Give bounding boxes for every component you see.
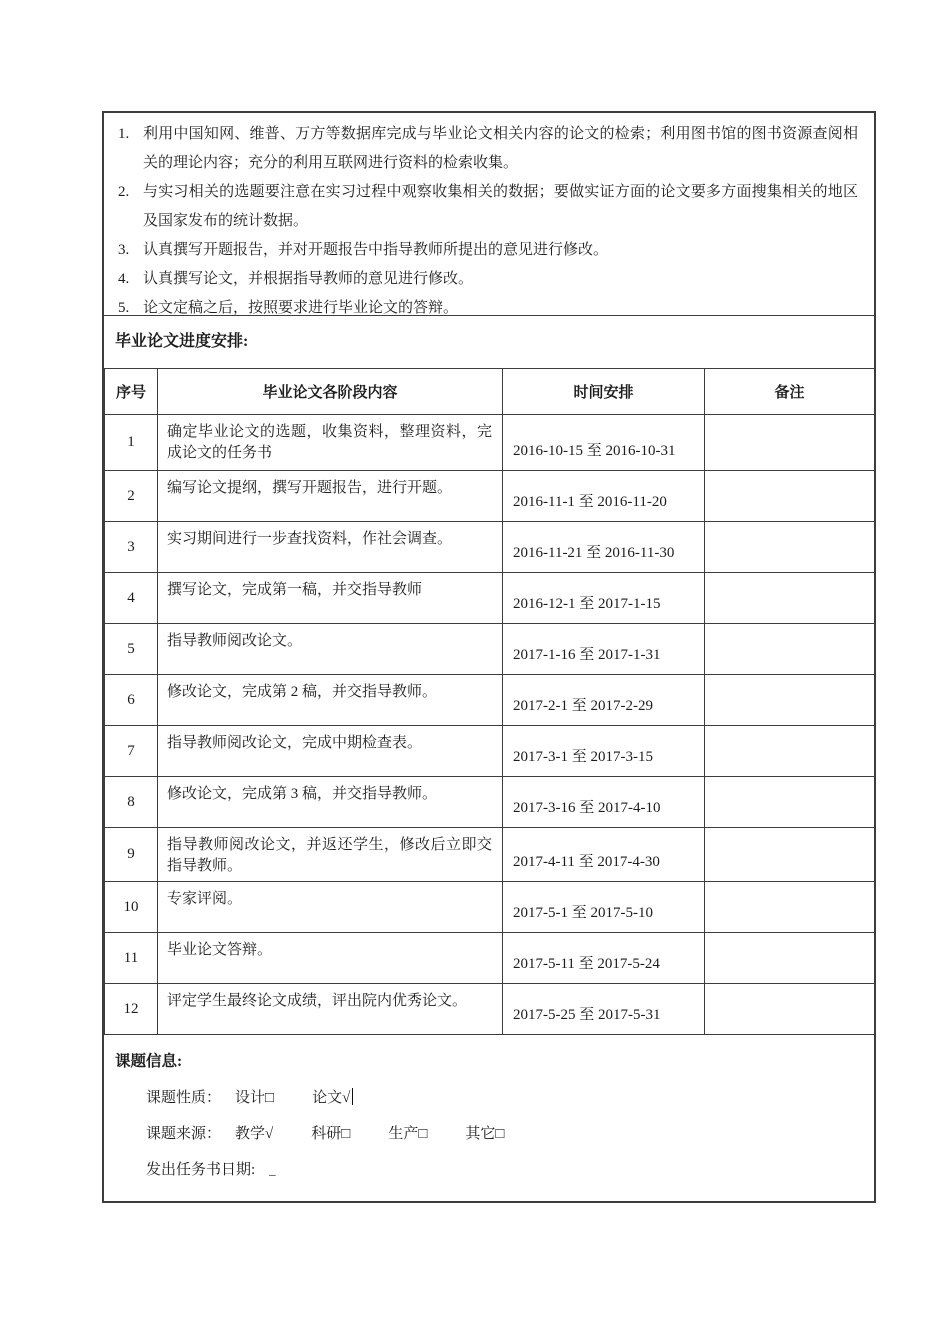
note-text: 与实习相关的选题要注意在实习过程中观察收集相关的数据；要做实证方面的论文要多方面… xyxy=(143,178,858,236)
row-content-cell: 评定学生最终论文成绩，评出院内优秀论文。 xyxy=(158,984,503,1035)
row-time-cell: 2017-3-16 至 2017-4-10 xyxy=(503,777,705,828)
row-time-cell: 2017-5-1 至 2017-5-10 xyxy=(503,882,705,933)
row-time-cell: 2017-5-11 至 2017-5-24 xyxy=(503,933,705,984)
note-number: 2. xyxy=(118,178,143,236)
row-number-cell: 4 xyxy=(105,573,158,624)
note-text: 认真撰写开题报告，并对开题报告中指导教师所提出的意见进行修改。 xyxy=(143,236,858,265)
source-option-text: 教学√ xyxy=(235,1126,273,1142)
row-time-cell: 2016-12-1 至 2017-1-15 xyxy=(503,573,705,624)
table-row: 10 专家评阅。 2017-5-1 至 2017-5-10 xyxy=(105,882,875,933)
row-content-cell: 修改论文，完成第 3 稿，并交指导教师。 xyxy=(158,777,503,828)
row-remark-cell xyxy=(705,777,875,828)
note-number: 1. xyxy=(118,120,143,178)
table-row: 8 修改论文，完成第 3 稿，并交指导教师。 2017-3-16 至 2017-… xyxy=(105,777,875,828)
topic-source-row: 课题来源：教学√科研□生产□其它□ xyxy=(146,1123,860,1145)
row-content-cell: 专家评阅。 xyxy=(158,882,503,933)
schedule-table: 序号 毕业论文各阶段内容 时间安排 备注 1 确定毕业论文的选题，收集资料，整理… xyxy=(104,368,875,1035)
source-option-checkbox[interactable]: 生产□ xyxy=(388,1123,427,1145)
topic-nature-label: 课题性质： xyxy=(146,1090,221,1106)
table-row: 4 撰写论文，完成第一稿，并交指导教师 2016-12-1 至 2017-1-1… xyxy=(105,573,875,624)
source-option-text: 科研□ xyxy=(311,1126,350,1142)
note-number: 5. xyxy=(118,294,143,316)
topic-nature-row: 课题性质：设计□论文√ xyxy=(146,1087,860,1109)
source-option-text: 其它□ xyxy=(465,1126,504,1142)
row-time-cell: 2016-11-21 至 2016-11-30 xyxy=(503,522,705,573)
note-item: 5. 论文定稿之后，按照要求进行毕业论文的答辩。 xyxy=(118,294,858,316)
issue-date-label: 发出任务书日期: xyxy=(146,1162,255,1178)
topic-nature-options: 设计□论文√ xyxy=(235,1090,391,1106)
row-time-cell: 2017-2-1 至 2017-2-29 xyxy=(503,675,705,726)
row-remark-cell xyxy=(705,882,875,933)
row-remark-cell xyxy=(705,675,875,726)
row-content-cell: 确定毕业论文的选题，收集资料，整理资料，完成论文的任务书 xyxy=(158,415,503,471)
table-row: 12 评定学生最终论文成绩，评出院内优秀论文。 2017-5-25 至 2017… xyxy=(105,984,875,1035)
row-remark-cell xyxy=(705,933,875,984)
row-number-cell: 7 xyxy=(105,726,158,777)
row-remark-cell xyxy=(705,624,875,675)
source-option-checkbox[interactable]: 教学√ xyxy=(235,1123,273,1145)
note-item: 2. 与实习相关的选题要注意在实习过程中观察收集相关的数据；要做实证方面的论文要… xyxy=(118,178,858,236)
note-item: 3. 认真撰写开题报告，并对开题报告中指导教师所提出的意见进行修改。 xyxy=(118,236,858,265)
row-time-cell: 2016-10-15 至 2016-10-31 xyxy=(503,415,705,471)
note-number: 4. xyxy=(118,265,143,294)
topic-info-heading: 课题信息: xyxy=(115,1051,860,1073)
row-content-cell: 编写论文提纲，撰写开题报告，进行开题。 xyxy=(158,471,503,522)
row-number-cell: 12 xyxy=(105,984,158,1035)
row-content-cell: 实习期间进行一步查找资料，作社会调查。 xyxy=(158,522,503,573)
row-number-cell: 1 xyxy=(105,415,158,471)
document-page: { "notes": { "items": [ {"num": "1.", "t… xyxy=(0,0,950,1344)
table-row: 1 确定毕业论文的选题，收集资料，整理资料，完成论文的任务书 2016-10-1… xyxy=(105,415,875,471)
row-remark-cell xyxy=(705,522,875,573)
table-row: 11 毕业论文答辩。 2017-5-11 至 2017-5-24 xyxy=(105,933,875,984)
table-row: 7 指导教师阅改论文，完成中期检查表。 2017-3-1 至 2017-3-15 xyxy=(105,726,875,777)
row-number-cell: 6 xyxy=(105,675,158,726)
row-remark-cell xyxy=(705,828,875,882)
schedule-heading: 毕业论文进度安排: xyxy=(104,316,874,368)
col-header-remark: 备注 xyxy=(705,369,875,415)
text-cursor xyxy=(352,1088,353,1105)
row-time-cell: 2017-3-1 至 2017-3-15 xyxy=(503,726,705,777)
note-text: 论文定稿之后，按照要求进行毕业论文的答辩。 xyxy=(143,294,858,316)
nature-option-text: 论文√ xyxy=(312,1090,350,1106)
row-number-cell: 9 xyxy=(105,828,158,882)
nature-option-text: 设计□ xyxy=(235,1090,274,1106)
topic-source-options: 教学√科研□生产□其它□ xyxy=(235,1126,542,1142)
row-number-cell: 10 xyxy=(105,882,158,933)
row-remark-cell xyxy=(705,984,875,1035)
issue-date-row: 发出任务书日期:_ xyxy=(146,1159,860,1181)
note-text: 认真撰写论文，并根据指导教师的意见进行修改。 xyxy=(143,265,858,294)
col-header-content: 毕业论文各阶段内容 xyxy=(158,369,503,415)
source-option-checkbox[interactable]: 其它□ xyxy=(465,1123,504,1145)
source-option-text: 生产□ xyxy=(388,1126,427,1142)
col-header-time: 时间安排 xyxy=(503,369,705,415)
nature-option-checkbox[interactable]: 设计□ xyxy=(235,1087,274,1109)
row-content-cell: 指导教师阅改论文。 xyxy=(158,624,503,675)
table-row: 9 指导教师阅改论文，并返还学生，修改后立即交指导教师。 2017-4-11 至… xyxy=(105,828,875,882)
row-number-cell: 5 xyxy=(105,624,158,675)
table-row: 6 修改论文，完成第 2 稿，并交指导教师。 2017-2-1 至 2017-2… xyxy=(105,675,875,726)
row-time-cell: 2017-5-25 至 2017-5-31 xyxy=(503,984,705,1035)
row-content-cell: 撰写论文，完成第一稿，并交指导教师 xyxy=(158,573,503,624)
row-remark-cell xyxy=(705,573,875,624)
table-row: 5 指导教师阅改论文。 2017-1-16 至 2017-1-31 xyxy=(105,624,875,675)
row-remark-cell xyxy=(705,726,875,777)
row-time-cell: 2017-4-11 至 2017-4-30 xyxy=(503,828,705,882)
task-sheet-box: 1. 利用中国知网、维普、万方等数据库完成与毕业论文相关内容的论文的检索；利用图… xyxy=(102,111,876,1203)
issue-date-blank[interactable]: _ xyxy=(269,1162,277,1177)
row-content-cell: 指导教师阅改论文，完成中期检查表。 xyxy=(158,726,503,777)
row-remark-cell xyxy=(705,415,875,471)
col-header-no: 序号 xyxy=(105,369,158,415)
row-number-cell: 8 xyxy=(105,777,158,828)
row-time-cell: 2017-1-16 至 2017-1-31 xyxy=(503,624,705,675)
schedule-header-row: 序号 毕业论文各阶段内容 时间安排 备注 xyxy=(105,369,875,415)
notes-section: 1. 利用中国知网、维普、万方等数据库完成与毕业论文相关内容的论文的检索；利用图… xyxy=(104,113,874,316)
row-content-cell: 修改论文，完成第 2 稿，并交指导教师。 xyxy=(158,675,503,726)
row-content-cell: 毕业论文答辩。 xyxy=(158,933,503,984)
table-row: 2 编写论文提纲，撰写开题报告，进行开题。 2016-11-1 至 2016-1… xyxy=(105,471,875,522)
note-item: 4. 认真撰写论文，并根据指导教师的意见进行修改。 xyxy=(118,265,858,294)
row-number-cell: 11 xyxy=(105,933,158,984)
table-row: 3 实习期间进行一步查找资料，作社会调查。 2016-11-21 至 2016-… xyxy=(105,522,875,573)
row-remark-cell xyxy=(705,471,875,522)
row-time-cell: 2016-11-1 至 2016-11-20 xyxy=(503,471,705,522)
schedule-table-body: 1 确定毕业论文的选题，收集资料，整理资料，完成论文的任务书 2016-10-1… xyxy=(105,415,875,1035)
nature-option-checkbox[interactable]: 论文√ xyxy=(312,1087,353,1109)
row-number-cell: 2 xyxy=(105,471,158,522)
note-item: 1. 利用中国知网、维普、万方等数据库完成与毕业论文相关内容的论文的检索；利用图… xyxy=(118,120,858,178)
note-text: 利用中国知网、维普、万方等数据库完成与毕业论文相关内容的论文的检索；利用图书馆的… xyxy=(143,120,858,178)
source-option-checkbox[interactable]: 科研□ xyxy=(311,1123,350,1145)
note-number: 3. xyxy=(118,236,143,265)
row-number-cell: 3 xyxy=(105,522,158,573)
topic-source-label: 课题来源： xyxy=(146,1126,221,1142)
topic-info-section: 课题信息: 课题性质：设计□论文√ 课题来源：教学√科研□生产□其它□ 发出任务… xyxy=(104,1035,874,1181)
row-content-cell: 指导教师阅改论文，并返还学生，修改后立即交指导教师。 xyxy=(158,828,503,882)
